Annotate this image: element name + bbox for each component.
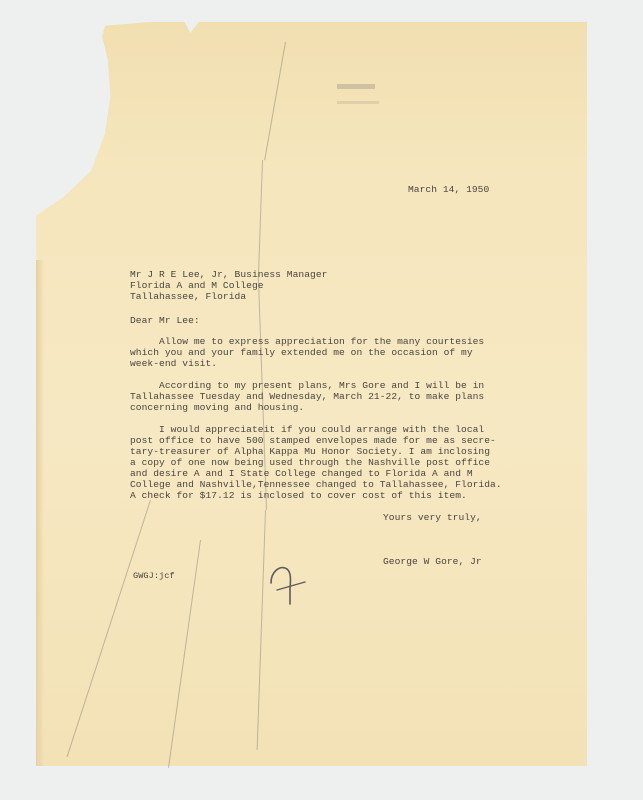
letter-body: March 14, 1950 Mr J R E Lee, Jr, Busines… <box>0 0 643 800</box>
paragraph-line: week-end visit. <box>130 359 217 370</box>
paragraph-line: A check for $17.12 is inclosed to cover … <box>130 491 467 502</box>
typist-initials: GWGJ:jcf <box>133 571 175 582</box>
salutation: Dear Mr Lee: <box>130 316 200 327</box>
recipient-line-3: Tallahassee, Florida <box>130 292 246 303</box>
letter-date: March 14, 1950 <box>408 185 489 196</box>
handwritten-number-7 <box>265 560 315 610</box>
signature: George W Gore, Jr <box>383 557 482 568</box>
paragraph-line: concerning moving and housing. <box>130 403 304 414</box>
closing: Yours very truly, <box>383 513 482 524</box>
